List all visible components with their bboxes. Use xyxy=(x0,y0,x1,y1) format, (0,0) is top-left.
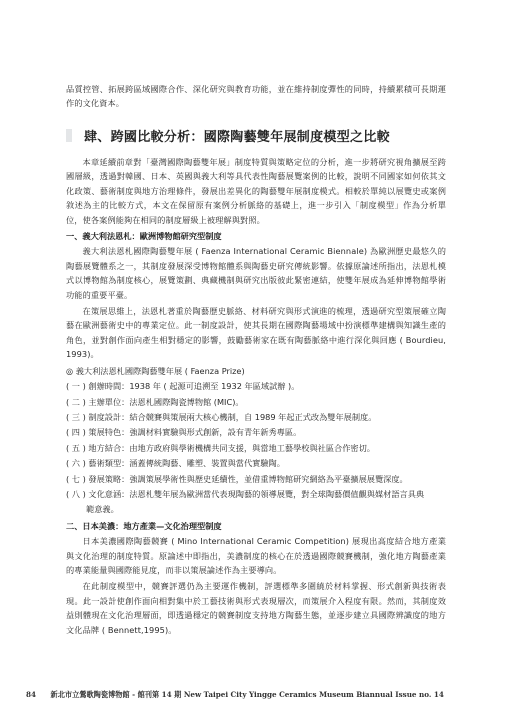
faenza-item-3: ( 三 ) 制度設計：結合競賽與策展兩大核心機制，自 1989 年起正式改為雙年… xyxy=(66,410,446,425)
faenza-item-2: ( 二 ) 主辦單位：法恩札國際陶瓷博物館 (MIC)。 xyxy=(66,395,446,410)
faenza-item-8: ( 八 ) 文化意涵：法恩札雙年展為歐洲當代表現陶藝的領導展覽，對全球陶藝價值觀… xyxy=(66,487,446,502)
faenza-para-2: 在策展思維上，法恩札著重於陶藝歷史脈絡、材料研究與形式演進的梳理，透過研究型策展… xyxy=(66,304,446,362)
page-number: 84 xyxy=(26,690,36,699)
page-footer: 84 新北市立鶯歌陶瓷博物館 - 館刊第 14 期 New Taipei Cit… xyxy=(26,690,444,700)
faenza-item-7: ( 七 ) 發展策略：強調策展學術性與歷史延續性，並借重博物館研究網絡為平臺擴展… xyxy=(66,472,446,487)
section-title-text: 肆、跨國比較分析：國際陶藝雙年展制度模型之比較 xyxy=(84,126,390,145)
heading-bar-marker xyxy=(66,129,72,142)
subsection-heading-faenza: 一、義大利法恩札：歐洲博物館研究型制度 xyxy=(66,229,446,243)
faenza-prize-title: ◎ 義大利法恩札國際陶藝雙年展 ( Faenza Prize) xyxy=(66,364,446,379)
faenza-item-8-continued: 範意義。 xyxy=(66,502,446,517)
section-content: 本章延續前章對「臺灣國際陶藝雙年展」制度特質與策略定位的分析，進一步將研究視角擴… xyxy=(66,155,446,637)
faenza-item-1: ( 一 ) 創辦時間：1938 年 ( 起源可追溯至 1932 年區域試辦 )。 xyxy=(66,379,446,394)
faenza-item-4: ( 四 ) 策展特色：強調材料實驗與形式創新，設有青年新秀專區。 xyxy=(66,425,446,440)
top-paragraph: 品質控管、拓展跨區域國際合作、深化研究與教育功能，並在維持制度彈性的同時，持續累… xyxy=(66,82,446,111)
section-heading: 肆、跨國比較分析：國際陶藝雙年展制度模型之比較 xyxy=(66,126,390,145)
subsection-heading-mino: 二、日本美濃：地方產業—文化治理型制度 xyxy=(66,519,446,533)
faenza-item-6: ( 六 ) 藝術類型：涵蓋傳統陶藝、雕塑、裝置與當代實驗陶。 xyxy=(66,456,446,471)
mino-para-2: 在此制度模型中，競賽評選仍為主要運作機制，評選標準多圍繞於材料掌握、形式創新與技… xyxy=(66,579,446,637)
section-intro: 本章延續前章對「臺灣國際陶藝雙年展」制度特質與策略定位的分析，進一步將研究視角擴… xyxy=(66,155,446,227)
faenza-para-1: 義大利法恩札國際陶藝雙年展 ( Faenza International Cer… xyxy=(66,244,446,302)
page-body: 品質控管、拓展跨區域國際合作、深化研究與教育功能，並在維持制度彈性的同時，持續累… xyxy=(66,82,446,111)
journal-title: 新北市立鶯歌陶瓷博物館 - 館刊第 14 期 New Taipei City Y… xyxy=(51,690,444,699)
mino-para-1: 日本美濃國際陶藝競賽 ( Mino International Ceramic … xyxy=(66,534,446,577)
faenza-item-5: ( 五 ) 地方結合：由地方政府與學術機構共同支援，與當地工藝學校與社區合作密切… xyxy=(66,441,446,456)
